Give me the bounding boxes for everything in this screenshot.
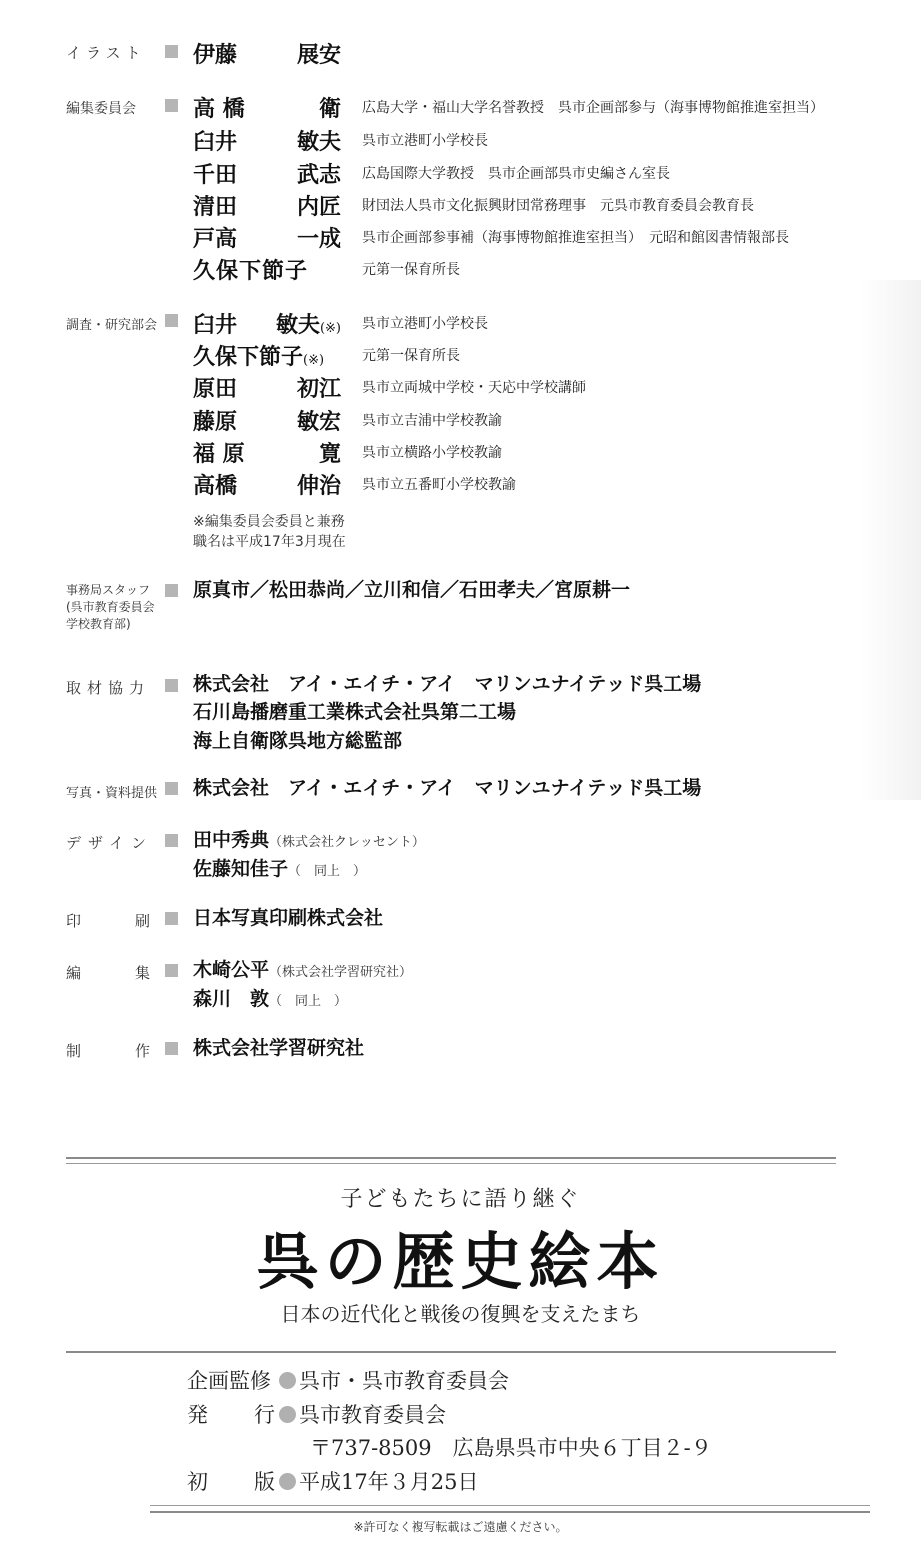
book-title: 呉の歴史絵本 [0, 1212, 921, 1301]
square-marker-icon [165, 782, 178, 795]
credit-label: デザイン [66, 832, 166, 853]
credit-label: 取材協力 [66, 677, 166, 698]
circle-marker-icon [279, 1473, 296, 1490]
colophon-first-edition: 初版 平成17年３月25日 [187, 1466, 478, 1496]
credit-name: 伊藤 展安 [193, 38, 341, 69]
square-marker-icon [165, 964, 178, 977]
book-subtitle-bottom: 日本の近代化と戦後の復興を支えたまち [0, 1298, 921, 1327]
colophon-address: 〒737-8509 広島県呉市中央６丁目２-９ [310, 1432, 712, 1462]
square-marker-icon [165, 679, 178, 692]
divider [150, 1505, 870, 1506]
staff-names: 原真市／松田恭尚／立川和信／石田孝夫／宮原耕一 [193, 576, 630, 604]
circle-marker-icon [279, 1406, 296, 1423]
page-edge-shadow [861, 280, 921, 800]
divider [66, 1163, 836, 1164]
divider [150, 1511, 870, 1513]
circle-marker-icon [279, 1372, 296, 1389]
square-marker-icon [165, 584, 178, 597]
credit-label: イラスト [66, 42, 166, 63]
credit-label: 制作 [66, 1040, 150, 1061]
square-marker-icon [165, 99, 178, 112]
colophon-supervision: 企画監修 呉市・呉市教育委員会 [187, 1365, 509, 1395]
book-subtitle-top: 子どもたちに語り継ぐ [0, 1182, 921, 1213]
divider [66, 1351, 836, 1353]
colophon-publisher: 発行 呉市教育委員会 [187, 1399, 446, 1429]
square-marker-icon [165, 45, 178, 58]
square-marker-icon [165, 1042, 178, 1055]
divider [66, 1157, 836, 1159]
credit-label: 事務局スタッフ (呉市教育委員会 学校教育部) [66, 582, 166, 633]
copyright-notice: ※許可なく複写転載はご遠慮ください。 [0, 1518, 921, 1535]
square-marker-icon [165, 314, 178, 327]
research-footnote: ※編集委員会委員と兼務 職名は平成17年3月現在 [193, 512, 346, 552]
credit-label: 編集委員会 [66, 98, 166, 118]
square-marker-icon [165, 912, 178, 925]
credit-label: 編集 [66, 962, 150, 983]
credit-label: 調査・研究部会 [66, 314, 166, 333]
credit-label: 写真・資料提供 [66, 782, 166, 801]
square-marker-icon [165, 834, 178, 847]
credit-label: 印刷 [66, 910, 150, 931]
